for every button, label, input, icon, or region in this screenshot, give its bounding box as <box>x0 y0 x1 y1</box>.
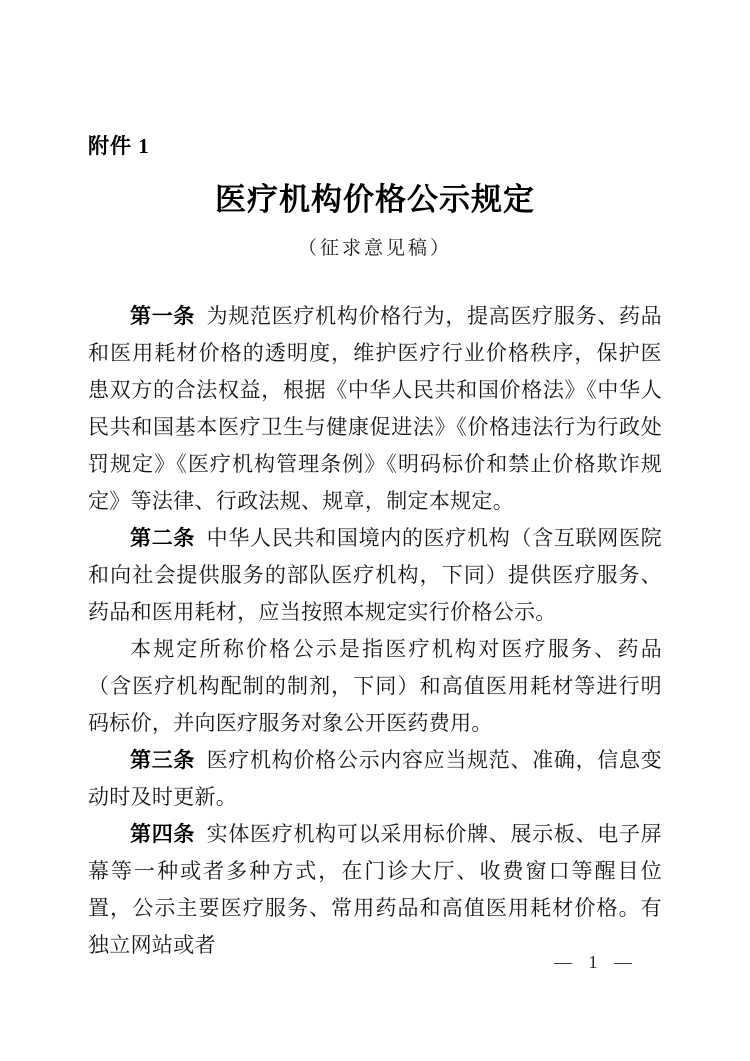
article-1-number: 第一条 <box>130 304 195 328</box>
article-2-number: 第二条 <box>130 526 195 550</box>
document-title: 医疗机构价格公示规定 <box>88 174 662 219</box>
article-2b-text: 本规定所称价格公示是指医疗机构对医疗服务、药品（含医疗机构配制的制剂，下同）和高… <box>88 637 662 735</box>
article-1-text: 为规范医疗机构价格行为，提高医疗服务、药品和医用耗材价格的透明度，维护医疗行业价… <box>88 304 662 513</box>
document-page: 附件 1 医疗机构价格公示规定 （征求意见稿） 第一条为规范医疗机构价格行为，提… <box>0 0 750 1061</box>
document-subtitle: （征求意见稿） <box>88 233 662 260</box>
attachment-label: 附件 1 <box>88 130 662 160</box>
paragraph-article-4: 第四条实体医疗机构可以采用标价牌、展示板、电子屏幕等一种或者多种方式，在门诊大厅… <box>88 816 662 964</box>
document-content: 附件 1 医疗机构价格公示规定 （征求意见稿） 第一条为规范医疗机构价格行为，提… <box>88 130 662 964</box>
page-number: — 1 — <box>554 952 638 973</box>
document-body: 第一条为规范医疗机构价格行为，提高医疗服务、药品和医用耗材价格的透明度，维护医疗… <box>88 298 662 964</box>
paragraph-article-2-continued: 本规定所称价格公示是指医疗机构对医疗服务、药品（含医疗机构配制的制剂，下同）和高… <box>88 631 662 742</box>
paragraph-article-3: 第三条医疗机构价格公示内容应当规范、准确，信息变动时及时更新。 <box>88 742 662 816</box>
paragraph-article-1: 第一条为规范医疗机构价格行为，提高医疗服务、药品和医用耗材价格的透明度，维护医疗… <box>88 298 662 520</box>
paragraph-article-2: 第二条中华人民共和国境内的医疗机构（含互联网医院和向社会提供服务的部队医疗机构，… <box>88 520 662 631</box>
article-4-number: 第四条 <box>130 822 195 846</box>
article-3-number: 第三条 <box>130 748 195 772</box>
